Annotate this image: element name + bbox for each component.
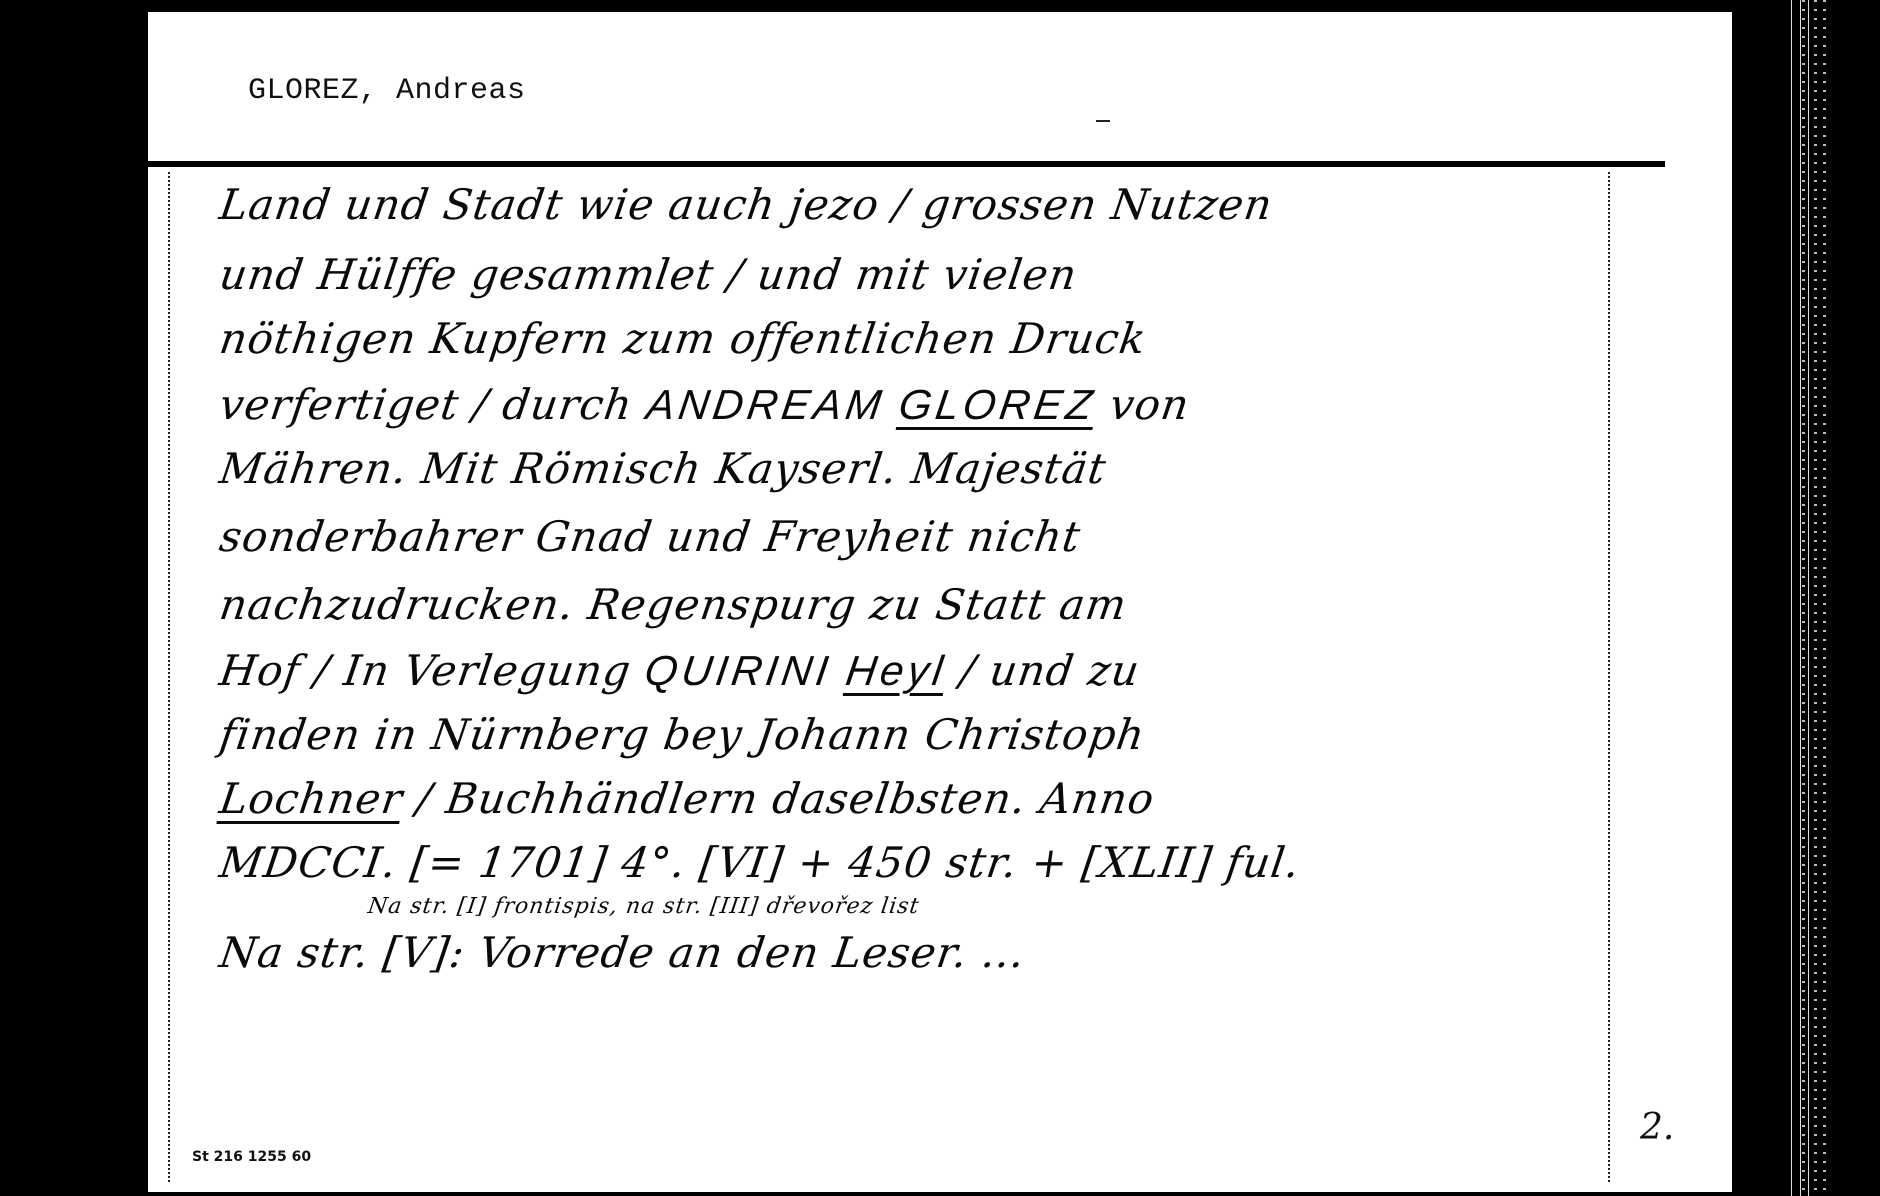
header-rule	[148, 161, 1665, 167]
capitalized-name: ANDREAM	[644, 381, 889, 428]
handwritten-line: und Hülffe gesammlet / und mit vielen	[217, 250, 1081, 299]
line-text: finden in Nürnberg bey Johann Christoph	[217, 710, 1149, 759]
handwritten-line: finden in Nürnberg bey Johann Christoph	[217, 710, 1149, 759]
line-text: Na str. [V]: Vorrede an den Leser. ...	[217, 928, 1029, 977]
line-text: / Buchhändlern daselbsten. Anno	[399, 774, 1157, 823]
page-number: 2.	[1640, 1107, 1674, 1148]
underlined-name: Lochner	[217, 774, 407, 823]
handwritten-line: verfertiget / durch ANDREAM GLOREZ von	[217, 380, 1193, 429]
line-text: Hof / In Verlegung	[217, 646, 649, 695]
handwritten-line: Hof / In Verlegung QUIRINI Heyl / und zu	[217, 646, 1144, 695]
handwritten-line: Mähren. Mit Römisch Kayserl. Majestät	[217, 444, 1110, 493]
handwritten-line: nachzudrucken. Regenspurg zu Statt am	[217, 580, 1131, 629]
handwritten-line: Lochner / Buchhändlern daselbsten. Anno	[217, 774, 1158, 823]
line-text: und Hülffe gesammlet / und mit vielen	[217, 250, 1081, 299]
line-text: nachzudrucken. Regenspurg zu Statt am	[217, 580, 1131, 629]
underlined-name: Heyl	[843, 647, 950, 694]
handwritten-line: MDCCI. [= 1701] 4°. [VI] + 450 str. + [X…	[217, 838, 1304, 887]
capitalized-name: QUIRINI	[642, 647, 835, 694]
card-title: GLOREZ, Andreas	[248, 74, 526, 108]
header-mark	[1096, 120, 1110, 122]
handwritten-line: nöthigen Kupfern zum offentlichen Druck	[217, 314, 1150, 363]
handwritten-line: sonderbahrer Gnad und Freyheit nicht	[217, 512, 1084, 561]
line-text: Na str. [I] frontispis, na str. [III] dř…	[366, 894, 921, 919]
handwritten-line: Na str. [I] frontispis, na str. [III] dř…	[366, 894, 921, 919]
scanner-edge-strip	[1790, 0, 1880, 1196]
line-text: Land und Stadt wie auch jezo / grossen N…	[217, 180, 1276, 229]
left-margin-line	[168, 172, 170, 1182]
line-text: sonderbahrer Gnad und Freyheit nicht	[217, 512, 1084, 561]
line-text: / und zu	[943, 646, 1143, 695]
catalog-card: GLOREZ, Andreas Land und Stadt wie auch …	[148, 12, 1732, 1192]
line-text: nöthigen Kupfern zum offentlichen Druck	[217, 314, 1150, 363]
line-text: von	[1093, 380, 1193, 429]
line-text: Mähren. Mit Römisch Kayserl. Majestät	[217, 444, 1110, 493]
right-margin-line	[1608, 172, 1610, 1182]
underlined-name: GLOREZ	[896, 381, 1099, 428]
line-text: MDCCI. [= 1701] 4°. [VI] + 450 str. + [X…	[217, 838, 1304, 887]
handwritten-line: Land und Stadt wie auch jezo / grossen N…	[217, 180, 1276, 229]
line-text: verfertiget / durch	[217, 380, 651, 429]
handwritten-line: Na str. [V]: Vorrede an den Leser. ...	[217, 928, 1029, 977]
catalog-code: St 216 1255 60	[192, 1149, 311, 1165]
